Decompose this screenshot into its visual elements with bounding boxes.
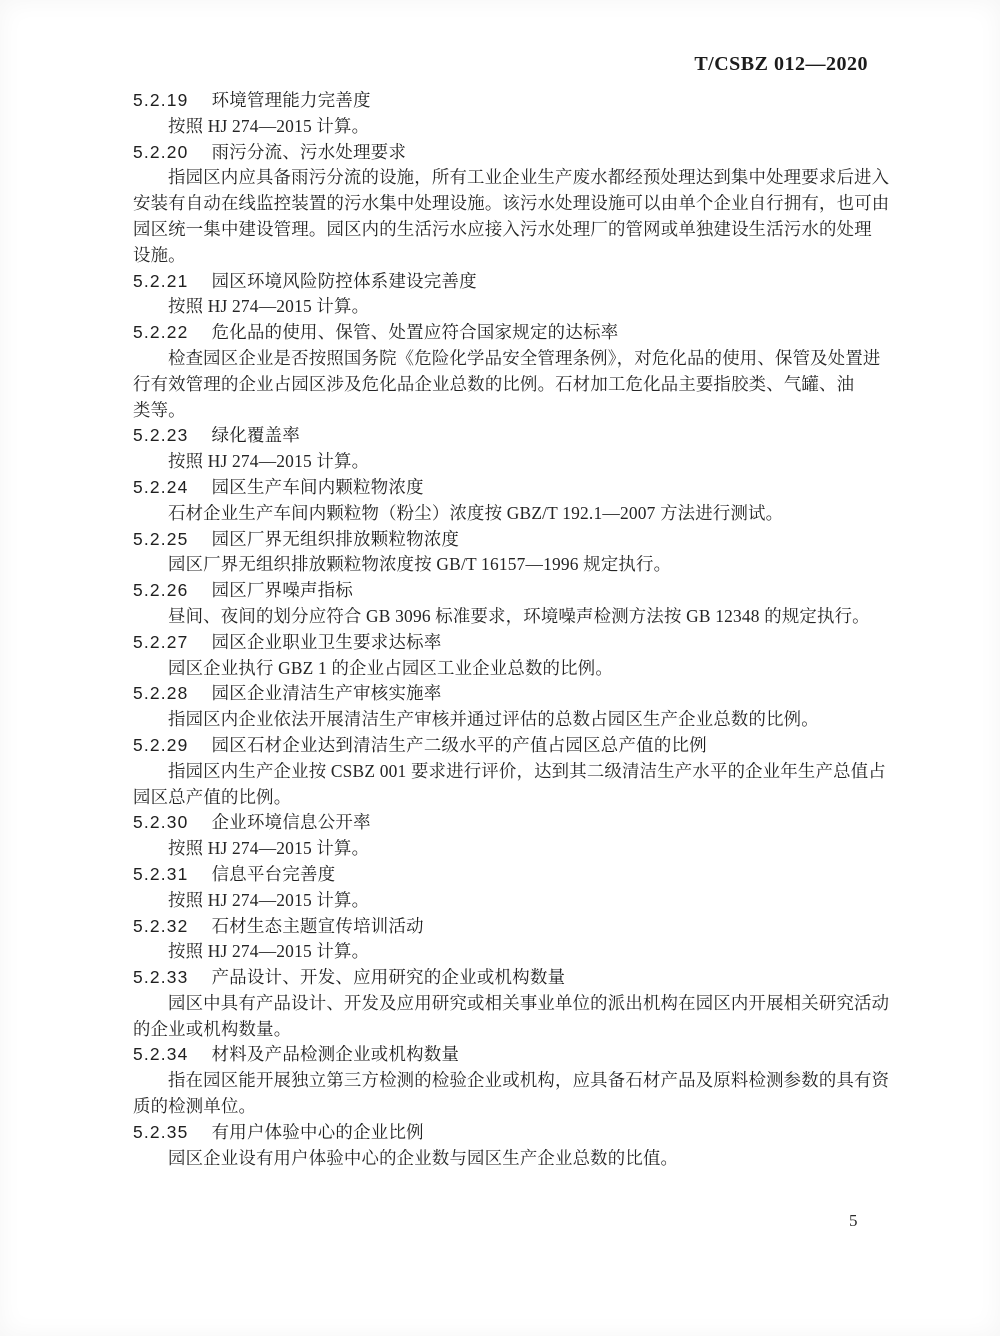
section-number: 5.2.23 <box>133 425 189 445</box>
section: 5.2.30企业环境信息公开率按照 HJ 274—2015 计算。 <box>133 810 877 862</box>
section-heading: 5.2.24园区生产车间内颗粒物浓度 <box>133 475 877 501</box>
section-heading: 5.2.32石材生态主题宣传培训活动 <box>133 914 877 940</box>
body-line: 园区企业设有用户体验中心的企业数与园区生产企业总数的比值。 <box>133 1146 877 1172</box>
section-title: 绿化覆盖率 <box>212 425 300 445</box>
section-number: 5.2.24 <box>133 477 189 497</box>
section-heading: 5.2.35有用户体验中心的企业比例 <box>133 1120 877 1146</box>
section-number: 5.2.34 <box>133 1044 189 1064</box>
section: 5.2.19环境管理能力完善度按照 HJ 274—2015 计算。 <box>133 88 877 140</box>
section-heading: 5.2.21园区环境风险防控体系建设完善度 <box>133 269 877 295</box>
section-number: 5.2.32 <box>133 916 189 936</box>
body-line: 指园区内应具备雨污分流的设施，所有工业企业生产废水都经预处理达到集中处理要求后进… <box>133 165 877 191</box>
section: 5.2.31信息平台完善度按照 HJ 274—2015 计算。 <box>133 862 877 914</box>
section-heading: 5.2.29园区石材企业达到清洁生产二级水平的产值占园区总产值的比例 <box>133 733 877 759</box>
section-title: 信息平台完善度 <box>212 864 336 884</box>
section-number: 5.2.35 <box>133 1122 189 1142</box>
document-page: { "page": { "header": "T/CSBZ 012—2020",… <box>0 0 1000 1336</box>
section-heading: 5.2.25园区厂界无组织排放颗粒物浓度 <box>133 527 877 553</box>
section-title: 产品设计、开发、应用研究的企业或机构数量 <box>212 967 566 987</box>
body-line: 指园区内企业依法开展清洁生产审核并通过评估的总数占园区生产企业总数的比例。 <box>133 707 877 733</box>
section-title: 园区厂界噪声指标 <box>212 580 354 600</box>
body-line: 按照 HJ 274—2015 计算。 <box>133 449 877 475</box>
body-line: 园区厂界无组织排放颗粒物浓度按 GB/T 16157—1996 规定执行。 <box>133 552 877 578</box>
section-title: 环境管理能力完善度 <box>212 90 371 110</box>
section: 5.2.33产品设计、开发、应用研究的企业或机构数量园区中具有产品设计、开发及应… <box>133 965 877 1042</box>
section-title: 园区生产车间内颗粒物浓度 <box>212 477 424 497</box>
section-title: 雨污分流、污水处理要求 <box>212 142 407 162</box>
section-title: 园区厂界无组织排放颗粒物浓度 <box>212 529 460 549</box>
section-heading: 5.2.31信息平台完善度 <box>133 862 877 888</box>
body-line: 园区总产值的比例。 <box>133 785 877 811</box>
section-number: 5.2.19 <box>133 90 189 110</box>
section-title: 园区企业清洁生产审核实施率 <box>212 683 442 703</box>
section-heading: 5.2.26园区厂界噪声指标 <box>133 578 877 604</box>
section-title: 园区企业职业卫生要求达标率 <box>212 632 442 652</box>
body-line: 按照 HJ 274—2015 计算。 <box>133 888 877 914</box>
body-line: 的企业或机构数量。 <box>133 1017 877 1043</box>
section-number: 5.2.30 <box>133 812 189 832</box>
section-heading: 5.2.34材料及产品检测企业或机构数量 <box>133 1042 877 1068</box>
body-line: 设施。 <box>133 243 877 269</box>
body-line: 检查园区企业是否按照国务院《危险化学品安全管理条例》，对危化品的使用、保管及处置… <box>133 346 877 372</box>
section: 5.2.25园区厂界无组织排放颗粒物浓度园区厂界无组织排放颗粒物浓度按 GB/T… <box>133 527 877 579</box>
section: 5.2.21园区环境风险防控体系建设完善度按照 HJ 274—2015 计算。 <box>133 269 877 321</box>
section-number: 5.2.31 <box>133 864 189 884</box>
section-heading: 5.2.23绿化覆盖率 <box>133 423 877 449</box>
section: 5.2.32石材生态主题宣传培训活动按照 HJ 274—2015 计算。 <box>133 914 877 966</box>
section-number: 5.2.28 <box>133 683 189 703</box>
section-title: 企业环境信息公开率 <box>212 812 371 832</box>
section-heading: 5.2.22危化品的使用、保管、处置应符合国家规定的达标率 <box>133 320 877 346</box>
document-code-header: T/CSBZ 012—2020 <box>694 53 868 76</box>
section-number: 5.2.33 <box>133 967 189 987</box>
section: 5.2.27园区企业职业卫生要求达标率园区企业执行 GBZ 1 的企业占园区工业… <box>133 630 877 682</box>
body-line: 指园区内生产企业按 CSBZ 001 要求进行评价，达到其二级清洁生产水平的企业… <box>133 759 877 785</box>
section: 5.2.35有用户体验中心的企业比例园区企业设有用户体验中心的企业数与园区生产企… <box>133 1120 877 1172</box>
section-heading: 5.2.28园区企业清洁生产审核实施率 <box>133 681 877 707</box>
section-heading: 5.2.27园区企业职业卫生要求达标率 <box>133 630 877 656</box>
body-line: 安装有自动在线监控装置的污水集中处理设施。该污水处理设施可以由单个企业自行拥有，… <box>133 191 877 217</box>
body-line: 园区中具有产品设计、开发及应用研究或相关事业单位的派出机构在园区内开展相关研究活… <box>133 991 877 1017</box>
section: 5.2.34材料及产品检测企业或机构数量指在园区能开展独立第三方检测的检验企业或… <box>133 1042 877 1119</box>
body-line: 按照 HJ 274—2015 计算。 <box>133 114 877 140</box>
body-line: 按照 HJ 274—2015 计算。 <box>133 939 877 965</box>
body-line: 园区企业执行 GBZ 1 的企业占园区工业企业总数的比例。 <box>133 656 877 682</box>
section: 5.2.26园区厂界噪声指标昼间、夜间的划分应符合 GB 3096 标准要求，环… <box>133 578 877 630</box>
section-title: 园区环境风险防控体系建设完善度 <box>212 271 477 291</box>
section: 5.2.24园区生产车间内颗粒物浓度石材企业生产车间内颗粒物（粉尘）浓度按 GB… <box>133 475 877 527</box>
section-number: 5.2.27 <box>133 632 189 652</box>
section-number: 5.2.26 <box>133 580 189 600</box>
section-number: 5.2.22 <box>133 322 189 342</box>
document-body: 5.2.19环境管理能力完善度按照 HJ 274—2015 计算。5.2.20雨… <box>133 88 877 1171</box>
section-title: 石材生态主题宣传培训活动 <box>212 916 424 936</box>
section-title: 有用户体验中心的企业比例 <box>212 1122 424 1142</box>
body-line: 按照 HJ 274—2015 计算。 <box>133 836 877 862</box>
section-number: 5.2.25 <box>133 529 189 549</box>
body-line: 行有效管理的企业占园区涉及危化品企业总数的比例。石材加工危化品主要指胶类、气罐、… <box>133 372 877 398</box>
section-title: 材料及产品检测企业或机构数量 <box>212 1044 460 1064</box>
section-title: 危化品的使用、保管、处置应符合国家规定的达标率 <box>212 322 619 342</box>
body-line: 园区统一集中建设管理。园区内的生活污水应接入污水处理厂的管网或单独建设生活污水的… <box>133 217 877 243</box>
section-heading: 5.2.20雨污分流、污水处理要求 <box>133 140 877 166</box>
section-number: 5.2.21 <box>133 271 189 291</box>
section: 5.2.28园区企业清洁生产审核实施率指园区内企业依法开展清洁生产审核并通过评估… <box>133 681 877 733</box>
section-number: 5.2.29 <box>133 735 189 755</box>
body-line: 指在园区能开展独立第三方检测的检验企业或机构，应具备石材产品及原料检测参数的具有… <box>133 1068 877 1094</box>
section: 5.2.22危化品的使用、保管、处置应符合国家规定的达标率检查园区企业是否按照国… <box>133 320 877 423</box>
body-line: 质的检测单位。 <box>133 1094 877 1120</box>
section-heading: 5.2.33产品设计、开发、应用研究的企业或机构数量 <box>133 965 877 991</box>
section-number: 5.2.20 <box>133 142 189 162</box>
body-line: 按照 HJ 274—2015 计算。 <box>133 294 877 320</box>
body-line: 类等。 <box>133 398 877 424</box>
section: 5.2.23绿化覆盖率按照 HJ 274—2015 计算。 <box>133 423 877 475</box>
section: 5.2.20雨污分流、污水处理要求指园区内应具备雨污分流的设施，所有工业企业生产… <box>133 140 877 269</box>
section: 5.2.29园区石材企业达到清洁生产二级水平的产值占园区总产值的比例指园区内生产… <box>133 733 877 810</box>
section-heading: 5.2.19环境管理能力完善度 <box>133 88 877 114</box>
page-number: 5 <box>849 1211 858 1231</box>
section-heading: 5.2.30企业环境信息公开率 <box>133 810 877 836</box>
body-line: 石材企业生产车间内颗粒物（粉尘）浓度按 GBZ/T 192.1—2007 方法进… <box>133 501 877 527</box>
body-line: 昼间、夜间的划分应符合 GB 3096 标准要求，环境噪声检测方法按 GB 12… <box>133 604 877 630</box>
section-title: 园区石材企业达到清洁生产二级水平的产值占园区总产值的比例 <box>212 735 707 755</box>
